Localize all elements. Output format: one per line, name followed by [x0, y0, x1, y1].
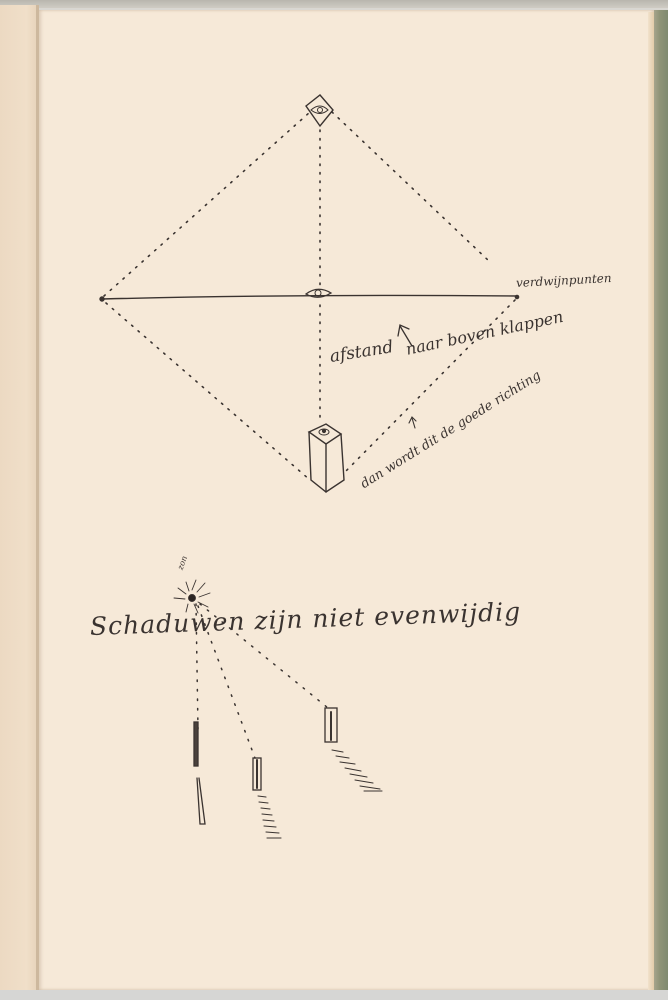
post-middle — [253, 758, 281, 838]
perspective-drawing — [0, 0, 668, 1000]
pillar-with-eye-icon — [309, 424, 344, 492]
post-left — [194, 722, 205, 824]
eye-in-diamond-icon — [306, 95, 333, 126]
vanishing-point-left — [100, 297, 104, 301]
arrow-small-up-icon — [409, 417, 416, 428]
post-right — [325, 708, 382, 791]
vanishing-point-right — [515, 295, 519, 299]
